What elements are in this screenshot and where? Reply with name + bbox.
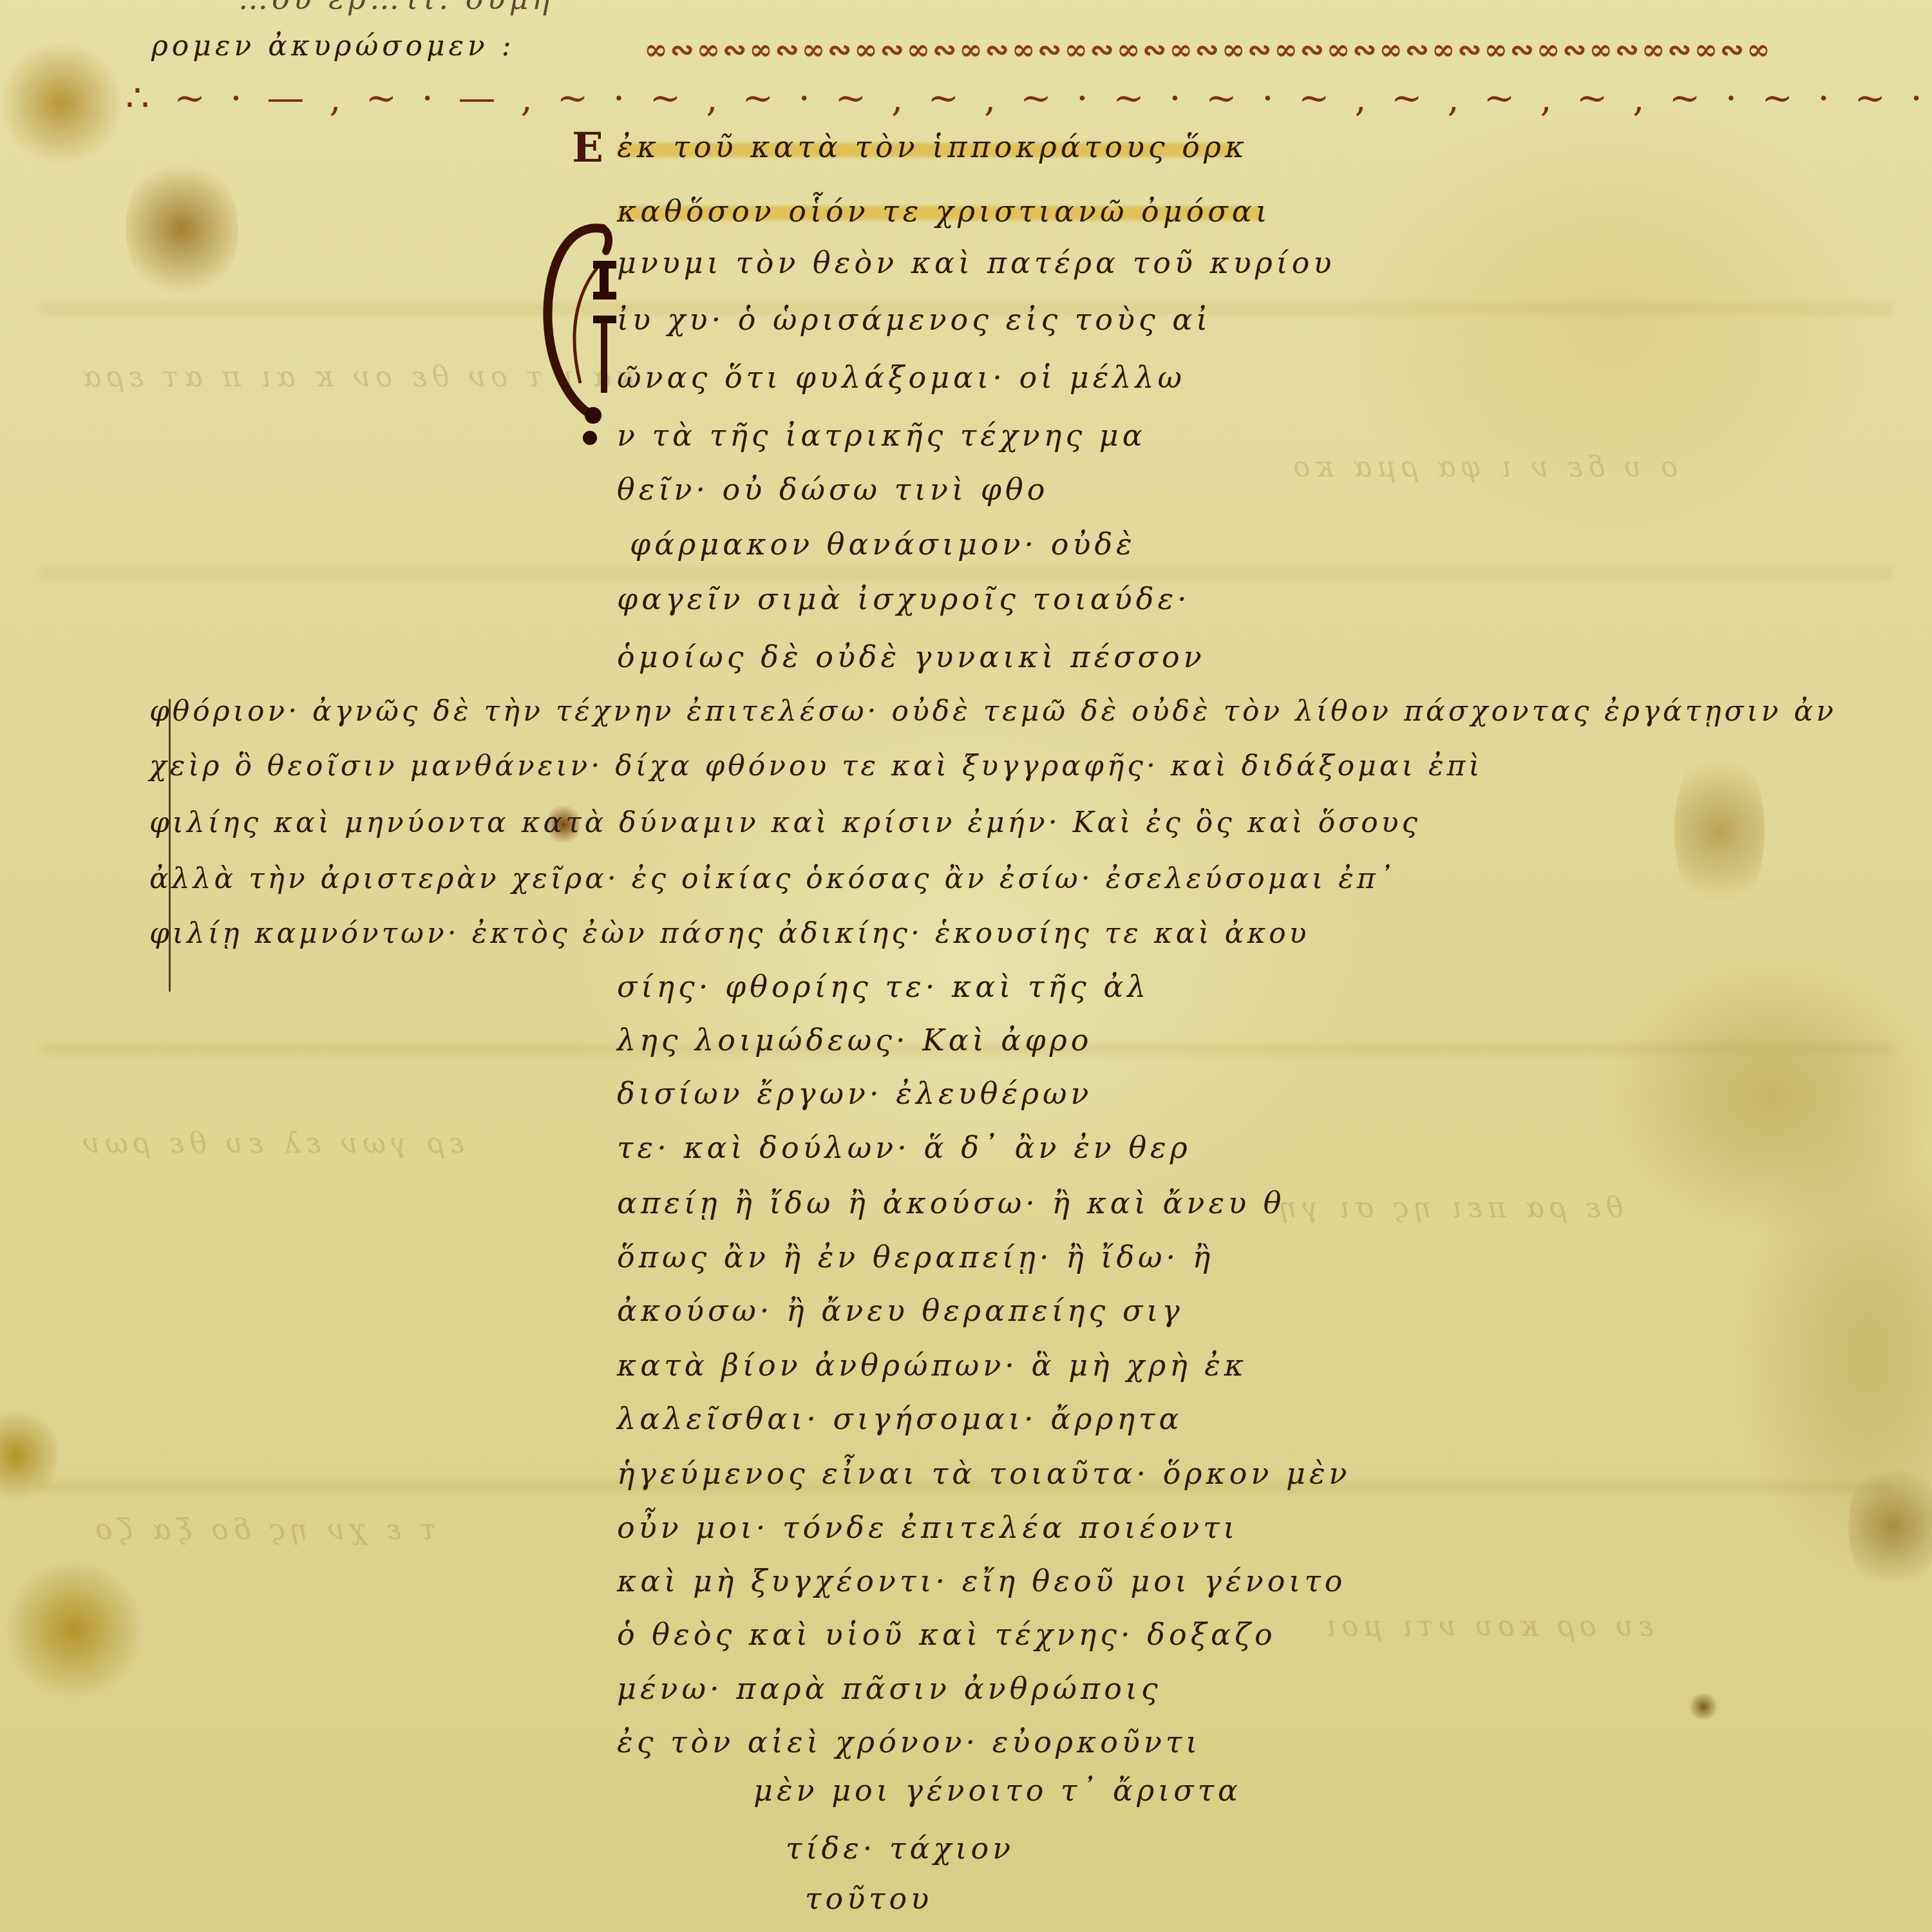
- shaft-line: ὅπως ἂν ἢ ἐν θεραπείῃ· ἢ ἴδω· ἢ: [617, 1238, 1214, 1276]
- shaft-line: σίης· φθορίης τε· καὶ τῆς ἀλ: [617, 967, 1150, 1006]
- show-through-text: ερ γων ελ ευ θε ρων: [77, 1127, 464, 1160]
- shaft-line: καὶ μὴ ξυγχέοντι· εἴη θεοῦ μοι γένοιτο: [617, 1562, 1347, 1600]
- shaft-line: οὖν μοι· τόνδε ἐπιτελέα ποιέοντι: [617, 1508, 1239, 1547]
- shaft-line: φάρμακον θανάσιμον· οὐδὲ: [630, 525, 1136, 563]
- shaft-line: τίδε· τάχιον: [786, 1829, 1014, 1868]
- ruled-line: [39, 567, 1893, 578]
- shaft-line: θεῖν· οὐ δώσω τινὶ φθο: [617, 470, 1048, 509]
- decorated-initial-icon: [538, 203, 622, 448]
- shaft-line: μὲν μοι γένοιτο τ᾽ ἄριστα: [753, 1771, 1242, 1810]
- shaft-line: μνυμι τὸν θεὸν καὶ πατέρα τοῦ κυρίου: [617, 243, 1335, 282]
- show-through-text: θε ρα πει ης σι γη: [1275, 1191, 1623, 1224]
- header-partial-line: …ου ερ…τι. ουμη: [238, 0, 554, 18]
- title-line-2: καθὅσον οἷόν τε χριστιανῶ ὀμόσαι: [617, 192, 1271, 231]
- shaft-line: ἡγεύμενος εἶναι τὰ τοιαῦτα· ὅρκον μὲν: [617, 1454, 1351, 1493]
- show-through-text: τ ε χν ης δο ξα ζο: [90, 1513, 437, 1546]
- shaft-line: ν τὰ τῆς ἰατρικῆς τέχνης μα: [617, 416, 1146, 455]
- shaft-line: τοῦτου: [805, 1879, 933, 1918]
- shaft-line: ἐς τὸν αἰεὶ χρόνον· εὐορκοῦντι: [617, 1723, 1201, 1761]
- header-preceding-line: ρομεν ἀκυρώσομεν :: [151, 27, 515, 66]
- shaft-line: κατὰ βίον ἀνθρώπων· ἃ μὴ χρὴ ἐκ: [617, 1346, 1247, 1385]
- shaft-line: ὁ θεὸς καὶ υἱοῦ καὶ τέχνης· δοξαζο: [617, 1615, 1276, 1654]
- shaft-line: ἰυ χυ· ὁ ὡρισάμενος εἰς τοὺς αἰ: [617, 300, 1211, 339]
- title-line-1: ἐκ τοῦ κατὰ τὸν ἱπποκράτους ὅρκ: [617, 128, 1248, 166]
- show-through-text: ο υ δε ν ι φα ρμα κο: [1288, 451, 1678, 484]
- shaft-line: μένω· παρὰ πᾶσιν ἀνθρώποις: [617, 1669, 1162, 1708]
- shaft-line: ἀκούσω· ἢ ἄνευ θεραπείης σιγ: [617, 1291, 1184, 1330]
- shaft-line: ῶνας ὅτι φυλάξομαι· οἱ μέλλω: [617, 358, 1186, 397]
- wave-divider: ∴ ~ · — ‚ ~ · — ‚ ~ · ~ ‚ ~ · ~ ‚ ~ ‚ ~ …: [126, 76, 1932, 120]
- crossbar-line: φιλίῃ καμνόντων· ἐκτὸς ἐὼν πάσης ἀδικίης…: [149, 914, 1310, 953]
- shaft-line: απείῃ ἢ ἴδω ἢ ἀκούσω· ἢ καὶ ἄνευ θ: [617, 1184, 1285, 1222]
- crossbar-line: ἀλλὰ τὴν ἀριστερὰν χεῖρα· ἐς οἰκίας ὁκόσ…: [149, 860, 1396, 898]
- shaft-line: δισίων ἔργων· ἐλευθέρων: [617, 1074, 1093, 1113]
- ornament-band: ∞∾∞∾∞∾∞∾∞∾∞∾∞∾∞∾∞∾∞∾∞∾∞∾∞∾∞∾∞∾∞∾∞∾∞∾∞∾∞∾…: [644, 33, 1773, 66]
- shaft-line: τε· καὶ δούλων· ἅ δ᾽ ἂν ἐν θερ: [617, 1128, 1191, 1167]
- show-through-text: ευ ορ κου ντι μοι: [1320, 1610, 1653, 1643]
- crossbar-line: φθόριον· ἀγνῶς δὲ τὴν τέχνην ἐπιτελέσω· …: [149, 692, 1837, 731]
- crossbar-line: χεὶρ ὃ θεοῖσιν μανθάνειν· δίχα φθόνου τε…: [149, 747, 1483, 786]
- shaft-line: λης λοιμώδεως· Καὶ ἀφρο: [617, 1021, 1092, 1059]
- title-initial-epsilon: Ε: [572, 124, 603, 172]
- shaft-line: φαγεῖν σιμὰ ἰσχυροῖς τοιαύδε·: [617, 580, 1191, 618]
- crossbar-line: φιλίης καὶ μηνύοντα κατὰ δύναμιν καὶ κρί…: [149, 804, 1421, 842]
- shaft-line: ὁμοίως δὲ οὐδὲ γυναικὶ πέσσον: [617, 638, 1206, 676]
- shaft-line: λαλεῖσθαι· σιγήσομαι· ἄρρητα: [617, 1399, 1183, 1438]
